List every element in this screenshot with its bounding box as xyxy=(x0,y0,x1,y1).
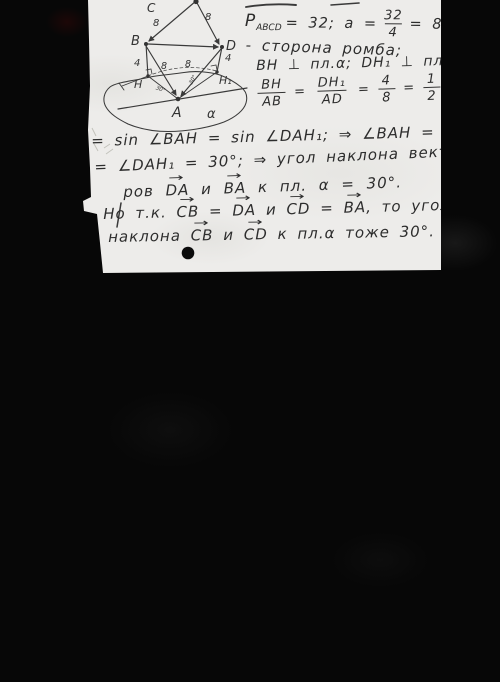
label-B: B xyxy=(131,34,140,49)
label-alpha: α xyxy=(207,107,216,122)
label-len-bh: 4 xyxy=(134,58,140,69)
label-H: H xyxy=(134,78,142,91)
right-angle-H1 xyxy=(211,65,217,70)
fraction-1-2: 1 2 xyxy=(423,73,441,104)
label-side-right: 8 xyxy=(205,12,211,23)
right-angle-H xyxy=(146,69,152,74)
point-B xyxy=(144,42,148,46)
vector-BA-2: BA xyxy=(343,199,366,217)
solution-line-4: BH AB = DH₁ AD = 4 8 = 1 2 = xyxy=(254,72,461,109)
vector-CD-2: CD xyxy=(244,226,268,244)
label-C: C xyxy=(147,1,156,15)
label-len-ad: 8 xyxy=(185,59,191,70)
plane-line xyxy=(118,88,247,109)
label-angle-dah: 30° xyxy=(188,74,198,86)
point-H xyxy=(146,74,149,77)
vector-CB-2: CB xyxy=(191,227,214,245)
overline-stroke-2 xyxy=(331,3,359,5)
fraction-dh-ad: DH₁ AD xyxy=(314,76,351,107)
solution-line-1: PABCD = 32; a = 32 4 = 8 - xyxy=(245,8,459,40)
edge-BD xyxy=(148,44,218,47)
label-len-dh: 4 xyxy=(225,53,231,64)
fraction-4-8: 4 8 xyxy=(377,74,395,105)
label-side-left: 8 xyxy=(153,18,159,29)
perimeter-symbol: PABCD xyxy=(245,12,282,34)
label-D: D xyxy=(226,39,236,54)
tick xyxy=(119,83,124,90)
vector-CD: CD xyxy=(286,201,310,219)
punch-hole xyxy=(182,247,195,260)
label-H1: H₁ xyxy=(219,74,232,87)
scanned-page: C 8 8 B D 4 4 8 8 H H₁ A α 30° 30° PABCD… xyxy=(0,0,500,682)
overline-stroke-1 xyxy=(246,4,296,7)
label-len-ab: 8 xyxy=(161,61,167,72)
point-D xyxy=(220,45,224,49)
point-A xyxy=(176,97,181,102)
paper-sheet: C 8 8 B D 4 4 8 8 H H₁ A α 30° 30° PABCD… xyxy=(0,0,500,280)
label-A: A xyxy=(171,105,182,121)
fraction-bh-ab: BH AB xyxy=(257,78,287,109)
label-angle-bah: 30° xyxy=(155,85,166,94)
fraction-32-4: 32 4 xyxy=(380,9,407,39)
